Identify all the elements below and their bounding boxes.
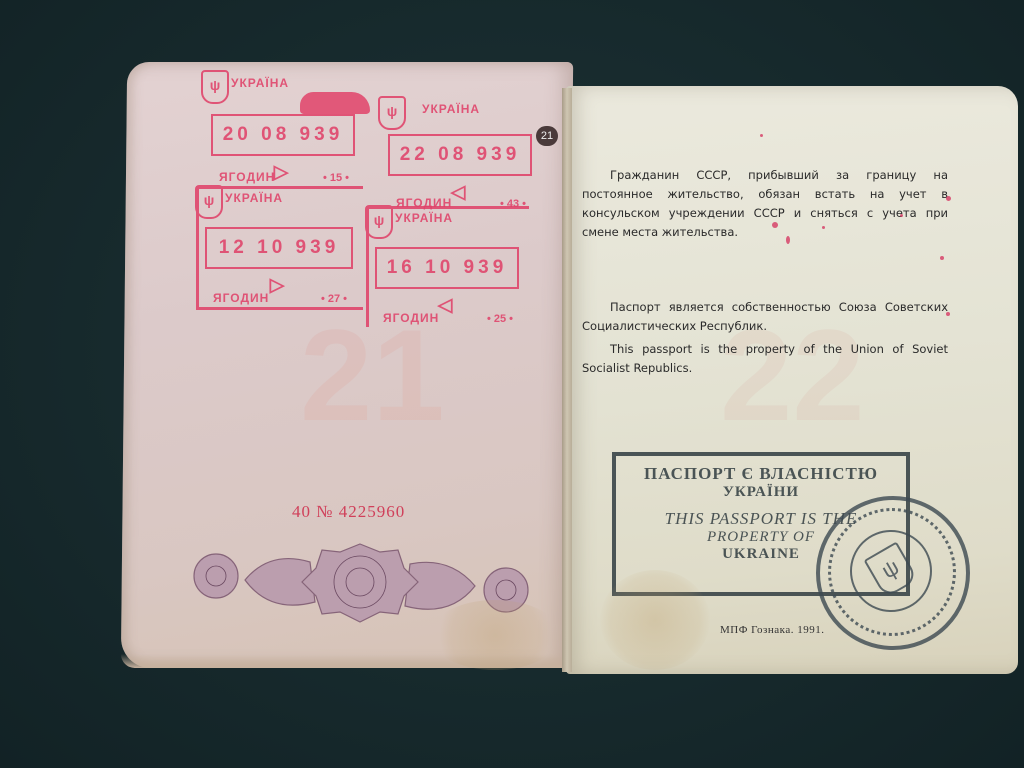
water-stain (430, 600, 560, 670)
ink-spot (772, 222, 778, 228)
stamp-post: ЯГОДИН (383, 311, 439, 325)
stamp-post: ЯГОДИН (219, 170, 275, 184)
stamp-country: УКРАЇНА (225, 191, 283, 205)
ink-spot (940, 256, 944, 260)
stamp-country: УКРАЇНА (395, 211, 453, 225)
car-icon (300, 92, 370, 114)
stamp-date: 22 08 939 ◁ (388, 134, 532, 176)
passport-serial-number: 40 № 4225960 (292, 502, 405, 522)
stamp-country: УКРАЇНА (422, 102, 480, 116)
stamp-number: • 25 • (487, 313, 513, 325)
printer-mark: МПФ Гознака. 1991. (720, 624, 824, 636)
trident-icon: ψ (378, 96, 406, 130)
entry-stamp-3: ψ УКРАЇНА 12 10 939 ▷ ЯГОДИН • 27 • (196, 186, 363, 310)
water-stain (600, 570, 710, 670)
exit-stamp-4: ψ УКРАЇНА 16 10 939 ◁ ЯГОДИН • 25 • (366, 206, 529, 327)
open-passport: 21 ψ УКРАЇНА 20 08 939 ▷ ЯГОДИН • 15 • ψ… (0, 0, 1024, 768)
trident-icon: ψ (195, 185, 223, 219)
stamp-number: • 27 • (321, 293, 347, 305)
stamp-date: 16 10 939 ◁ (375, 247, 519, 289)
ministry-round-seal: ψ (816, 496, 970, 650)
ink-spot (946, 196, 951, 201)
soviet-registration-notice: Гражданин СССР, прибывший за границу на … (582, 166, 948, 246)
ink-spot (946, 312, 950, 316)
stamp-date: 12 10 939 ▷ (205, 227, 353, 269)
trident-icon: ψ (365, 205, 393, 239)
property-notice-en: This passport is the property of the Uni… (582, 340, 948, 378)
ink-spot (822, 226, 825, 229)
passport-spine (562, 88, 572, 672)
ink-spot (786, 236, 790, 244)
property-notice-ru: Паспорт является собственностью Союза Со… (582, 298, 948, 336)
ink-spot (760, 134, 763, 137)
stamp-country: УКРАЇНА (231, 76, 289, 90)
stamp-number: • 15 • (323, 172, 349, 184)
property-notice: Паспорт является собственностью Союза Со… (582, 298, 948, 382)
ink-spot (900, 214, 903, 217)
trident-icon: ψ (201, 70, 229, 104)
exit-stamp-2: ψ УКРАЇНА 22 08 939 ◁ ЯГОДИН • 43 • (382, 100, 542, 212)
stamp-post: ЯГОДИН (213, 291, 269, 305)
entry-stamp-1: ψ УКРАЇНА 20 08 939 ▷ ЯГОДИН • 15 • (205, 74, 365, 186)
stamp-date: 20 08 939 ▷ (211, 114, 355, 156)
page-number-badge: 21 (536, 126, 558, 146)
